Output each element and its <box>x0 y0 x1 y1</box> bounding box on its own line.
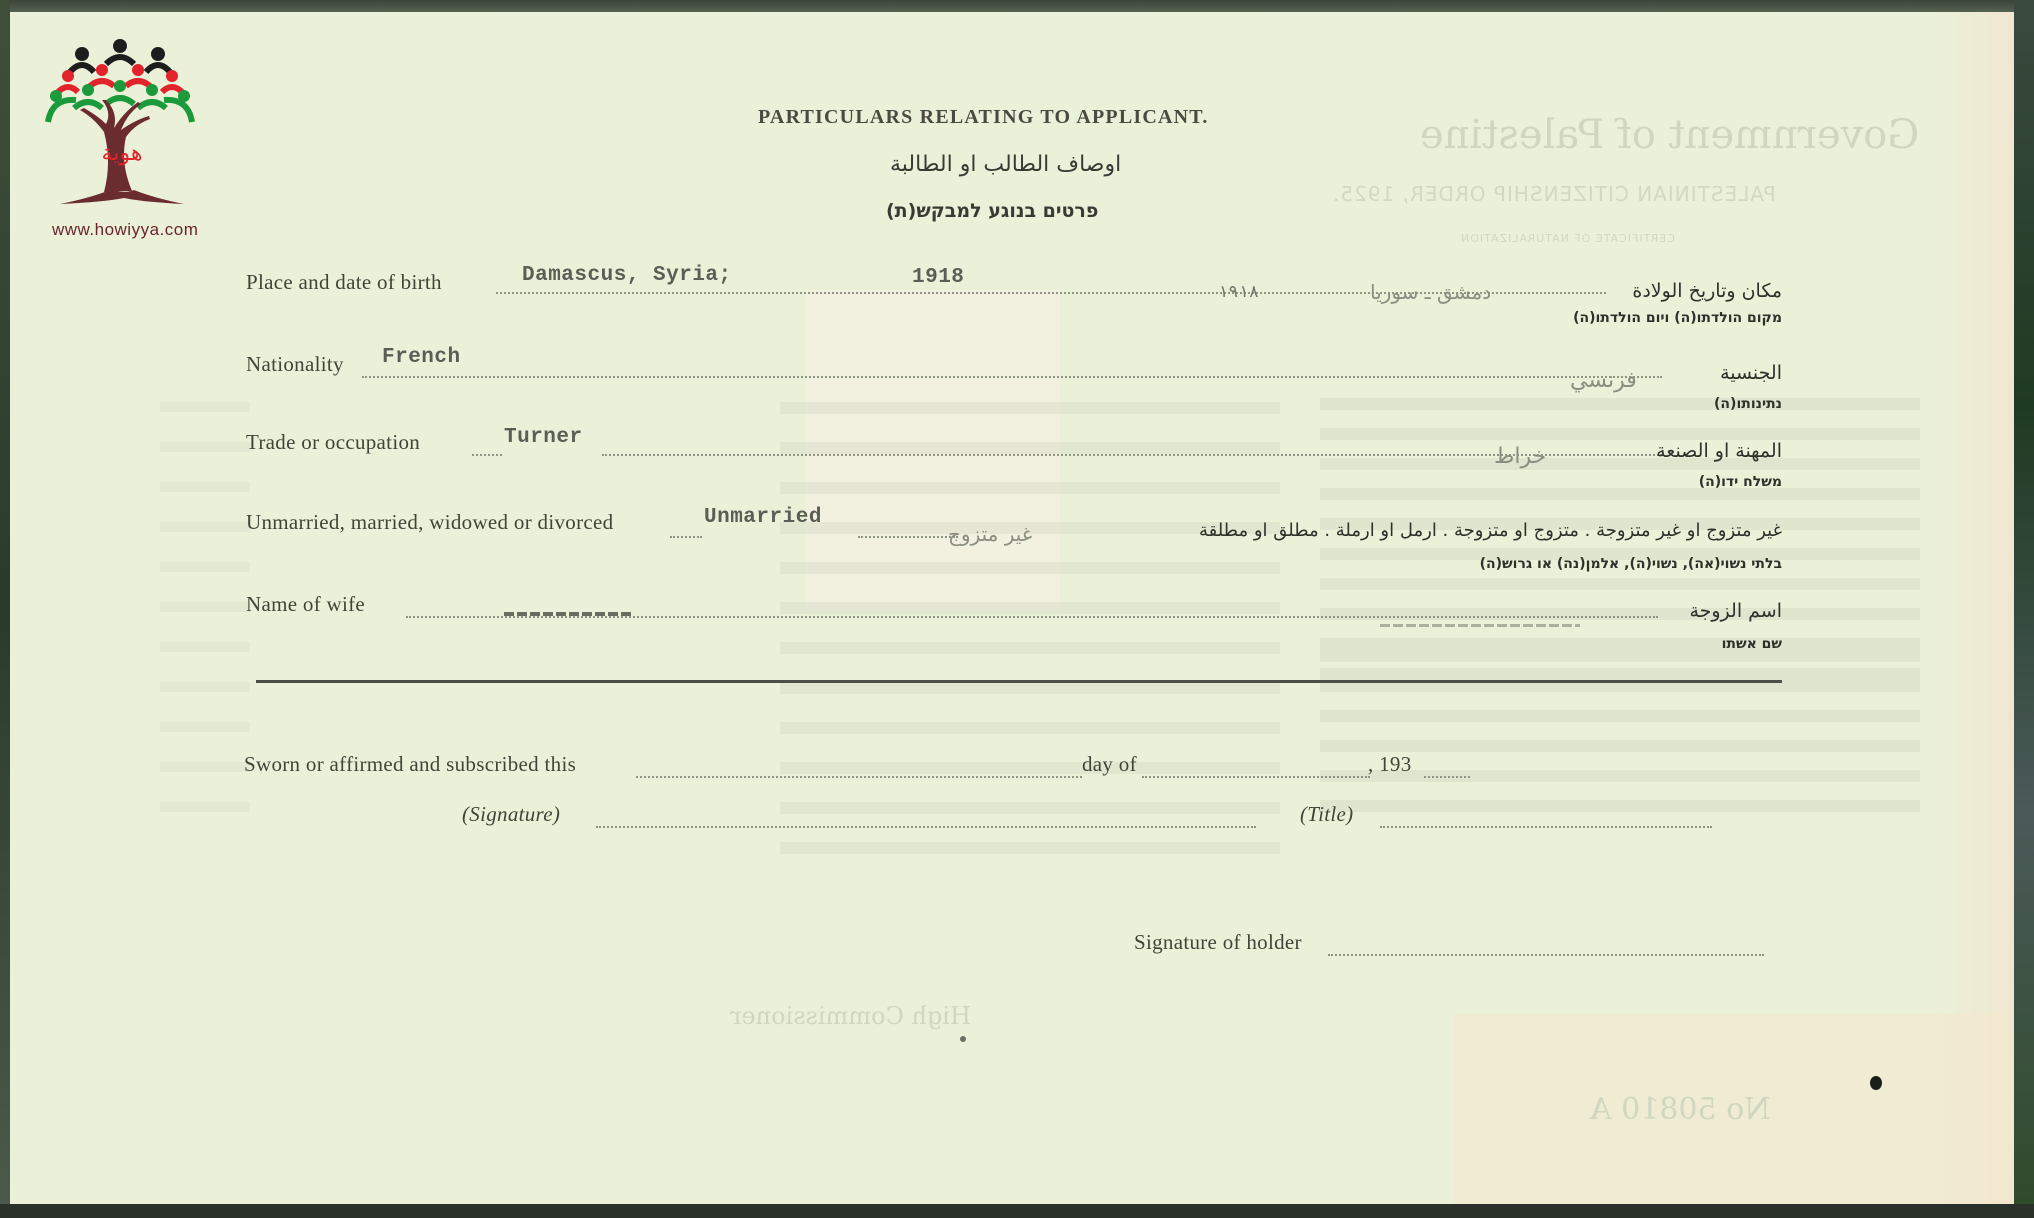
field-value-birth-date-arabic: ١٩١٨ <box>1218 282 1259 302</box>
oath-sworn-label: Sworn or affirmed and subscribed this <box>244 752 576 777</box>
ghost-number: No 50810 A <box>1590 1092 1770 1127</box>
field-label-nationality-hebrew: נתינותו(ה) <box>1714 396 1782 412</box>
field-label-birth-arabic: مكان وتاريخ الولادة <box>1632 280 1782 302</box>
oath-title-label: (Title) <box>1300 802 1353 827</box>
dotted-line <box>1328 954 1764 956</box>
ghost-cert-title: CERTIFICATE OF NATURALIZATION <box>1460 232 1675 245</box>
dotted-line <box>858 536 958 538</box>
field-label-nationality-arabic: الجنسية <box>1720 362 1782 384</box>
dotted-line <box>1380 826 1712 828</box>
ghost-high-commissioner: High Commissioner <box>730 1002 971 1030</box>
field-value-wife-name <box>504 612 634 616</box>
oath-day-of-label: day of <box>1082 752 1137 777</box>
field-label-nationality: Nationality <box>246 352 344 377</box>
ghost-order-title: PALESTINIAN CITIZENSHIP ORDER, 1925. <box>1332 182 1776 206</box>
field-label-birth-hebrew: מקום הולדתו(ה) ויום הולדתו(ה) <box>1573 310 1782 326</box>
ghost-government-title: Government of Palestine <box>1420 112 1919 158</box>
dotted-line <box>472 454 502 456</box>
scan-border-bottom <box>0 1204 2034 1218</box>
ink-spot <box>960 1036 966 1042</box>
field-label-marital-status-arabic: غير متزوج او غير متزوجة . متزوج او متزوج… <box>1199 520 1782 541</box>
field-value-marital-status: Unmarried <box>704 506 822 529</box>
field-value-nationality: French <box>382 346 461 369</box>
scan-border-right <box>2014 0 2034 1218</box>
punch-hole-mark <box>1870 1076 1882 1090</box>
watermark-url: www.howiyya.com <box>52 220 198 240</box>
document-page: Government of Palestine PALESTINIAN CITI… <box>10 12 2014 1204</box>
field-label-marital-status-hebrew: בלתי נשוי(אה), נשוי(ה), אלמן(נה) או גרוש… <box>1480 556 1782 572</box>
tree-people-icon: هوية <box>40 32 200 222</box>
field-label-marital-status: Unmarried, married, widowed or divorced <box>246 510 613 535</box>
dotted-line <box>596 826 1256 828</box>
oath-year-label: , 193 <box>1368 752 1412 777</box>
dotted-line <box>362 376 1662 378</box>
dotted-line <box>636 776 1082 778</box>
scan-border-left <box>0 0 10 1218</box>
page-title-arabic: اوصاف الطالب او الطالبة <box>890 152 1121 177</box>
field-value-birth-date: 1918 <box>912 266 964 289</box>
field-label-occupation-arabic: المهنة او الصنعة <box>1656 440 1782 462</box>
field-label-wife-name: Name of wife <box>246 592 365 617</box>
field-label-wife-name-hebrew: שם אשתו <box>1722 636 1782 652</box>
dotted-line <box>406 616 1658 618</box>
howiyya-logo: هوية www.howiyya.com <box>40 32 200 232</box>
oath-signature-label: (Signature) <box>462 802 560 827</box>
ghost-paragraph <box>780 392 1280 862</box>
svg-text:هوية: هوية <box>102 141 143 166</box>
ghost-paragraph <box>1320 642 1920 822</box>
section-divider <box>256 680 1782 683</box>
field-label-occupation-hebrew: משלח ידו(ה) <box>1699 474 1782 490</box>
dotted-line <box>670 536 702 538</box>
page-title-hebrew: פרטים בנוגע למבקש(ת) <box>886 200 1098 222</box>
field-label-occupation: Trade or occupation <box>246 430 420 455</box>
field-value-nationality-arabic: فرنسي <box>1570 368 1637 393</box>
field-label-wife-name-arabic: اسم الزوجة <box>1689 600 1782 622</box>
field-value-occupation-arabic: خراط <box>1494 444 1546 469</box>
field-value-wife-name-arabic <box>1380 624 1580 627</box>
field-label-birth: Place and date of birth <box>246 270 442 295</box>
field-value-birth-place: Damascus, Syria; <box>522 264 732 287</box>
page-title: PARTICULARS RELATING TO APPLICANT. <box>758 106 1209 129</box>
field-value-birth-place-arabic: دمشق ـ سوريا <box>1370 280 1491 304</box>
dotted-line <box>1142 776 1370 778</box>
holder-signature-label: Signature of holder <box>1134 930 1302 955</box>
field-value-occupation: Turner <box>504 426 583 449</box>
ghost-paragraph <box>160 392 250 842</box>
dotted-line <box>1424 776 1470 778</box>
field-value-marital-status-arabic: غير متزوج <box>948 522 1032 546</box>
